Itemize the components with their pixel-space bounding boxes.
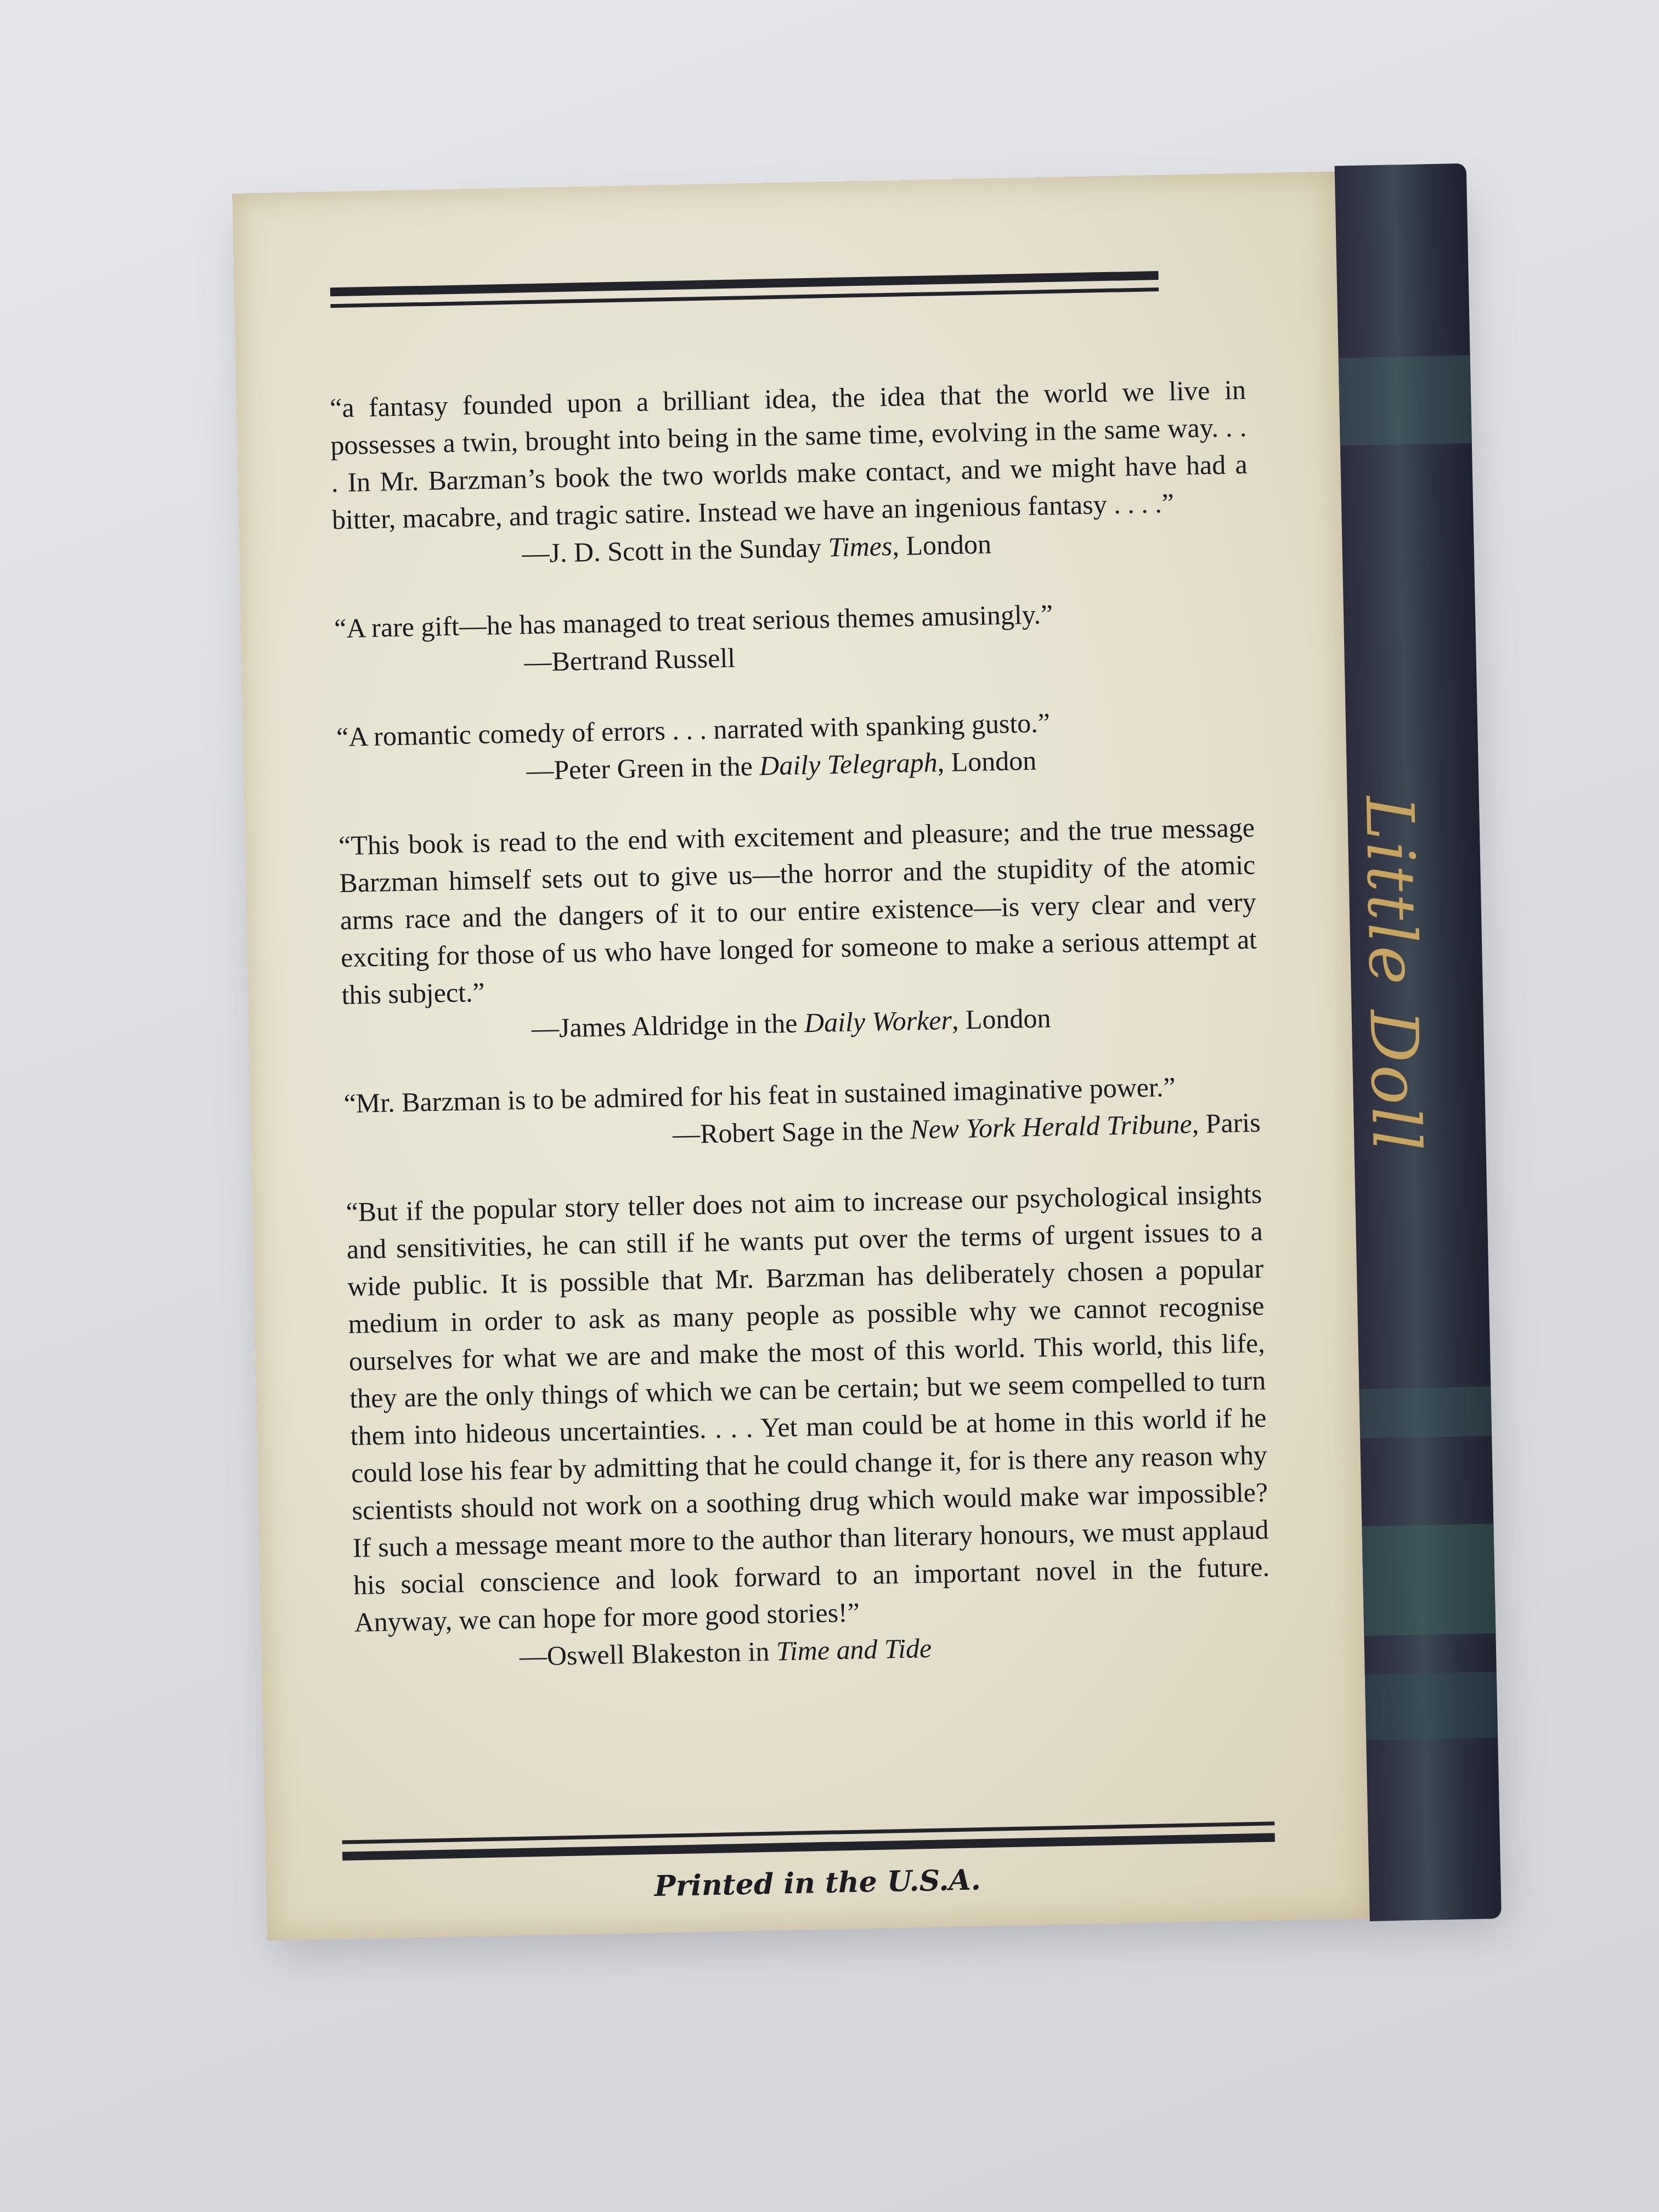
quote-text: “But if the popular story teller does no… — [346, 1175, 1271, 1641]
top-double-rule — [330, 271, 1159, 308]
spine-title: Little Doll — [1351, 795, 1434, 1154]
book-back-cover: “a fantasy founded upon a brilliant idea… — [232, 169, 1501, 1941]
review-quote: “But if the popular story teller does no… — [346, 1175, 1271, 1678]
review-quote: “a fantasy founded upon a brilliant idea… — [329, 371, 1249, 575]
printed-in-label: Printed in the U.S.A. — [266, 1855, 1369, 1911]
quote-text: “a fantasy founded upon a brilliant idea… — [329, 371, 1248, 538]
review-quotes: “a fantasy founded upon a brilliant idea… — [329, 371, 1272, 1712]
dust-jacket-back: “a fantasy founded upon a brilliant idea… — [232, 172, 1370, 1941]
bottom-double-rule — [342, 1821, 1275, 1860]
review-quote: “A rare gift—he has managed to treat ser… — [334, 591, 1251, 684]
review-quote: “Mr. Barzman is to be admired for his fe… — [343, 1066, 1261, 1159]
quote-text: “This book is read to the end with excit… — [338, 809, 1257, 1013]
review-quote: “A romantic comedy of errors . . . narra… — [336, 700, 1253, 793]
review-quote: “This book is read to the end with excit… — [338, 809, 1259, 1051]
